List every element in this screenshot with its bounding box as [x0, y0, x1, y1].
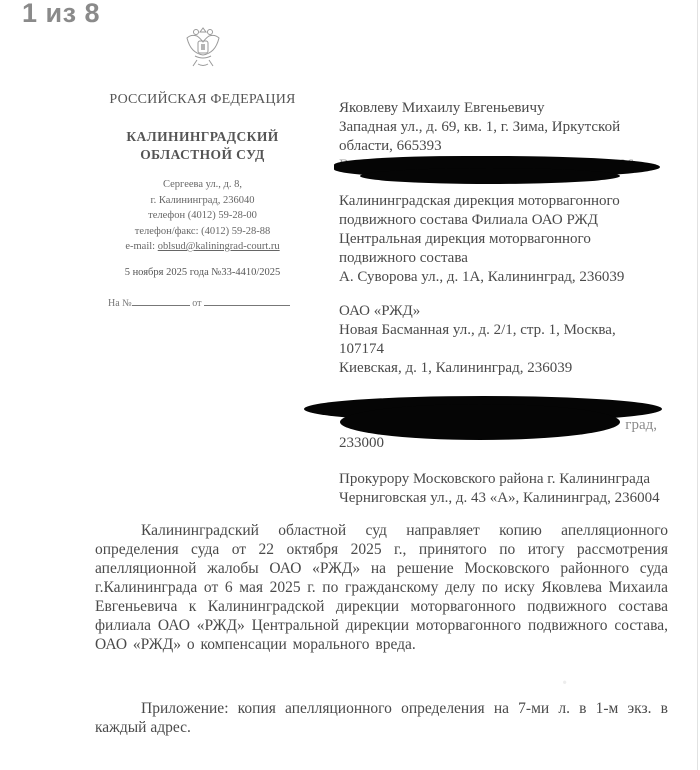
reference-line: На № от	[108, 296, 290, 309]
page-edge-divider	[697, 0, 698, 770]
recipient-4: 233000	[339, 434, 679, 453]
attachment-text: Приложение: копия апелляционного определ…	[95, 700, 668, 736]
recipient-1-line: Яковлеву Михаилу Евгеньевичу	[339, 99, 679, 118]
recipient-2-line: А. Суворова ул., д. 1А, Калининград, 236…	[339, 268, 679, 287]
court-phone: телефон (4012) 59-28-00	[100, 208, 305, 224]
page-counter: 1 из 8	[22, 0, 100, 29]
ref-number-blank	[132, 296, 190, 306]
recipient-5: Прокурору Московского района г. Калининг…	[339, 470, 679, 508]
recipient-3-line: Киевская, д. 1, Калининград, 236039	[339, 359, 679, 378]
recipient-3-line: ОАО «РЖД»	[339, 302, 679, 321]
body-paragraph-main-text: Калининградский областной суд направляет…	[95, 522, 668, 653]
recipient-2: Калининградская дирекция моторвагонного …	[339, 192, 679, 287]
recipient-1-line: Западная ул., д. 69, кв. 1, г. Зима, Ирк…	[339, 118, 679, 137]
recipient-5-line: Черниговская ул., д. 43 «А», Калининград…	[339, 489, 679, 508]
recipient-5-line: Прокурору Московского района г. Калининг…	[339, 470, 679, 489]
court-contacts: Сергеева ул., д. 8, г. Калининград, 2360…	[100, 177, 305, 255]
recipient-4-line: 233000	[339, 434, 679, 453]
russian-coat-of-arms-icon	[181, 24, 225, 72]
court-email-link[interactable]: oblsud@kaliningrad-court.ru	[158, 241, 280, 252]
letter-date-number: 5 ноября 2025 года №33-4410/2025	[100, 267, 305, 278]
ref-date-blank	[204, 296, 290, 306]
court-name-line2: ОБЛАСТНОЙ СУД	[100, 146, 305, 164]
country-heading: РОССИЙСКАЯ ФЕДЕРАЦИЯ	[100, 92, 305, 108]
body-paragraph-attachment: Приложение: копия апелляционного определ…	[95, 699, 668, 737]
court-address-line2: г. Калининград, 236040	[100, 193, 305, 209]
recipient-1-line: области, 665393	[339, 137, 679, 156]
ref-prefix: На №	[108, 298, 132, 309]
recipient-2-line: Калининградская дирекция моторвагонного	[339, 192, 679, 211]
ref-from: от	[192, 298, 201, 309]
court-phone-fax: телефон/факс: (4012) 59-28-88	[100, 224, 305, 240]
recipient-2-line: подвижного состава	[339, 249, 679, 268]
body-paragraph-main: Калининградский областной суд направляет…	[95, 521, 668, 654]
recipient-2-line: подвижного состава Филиала ОАО РЖД	[339, 211, 679, 230]
recipient-3-line: Новая Басманная ул., д. 2/1, стр. 1, Мос…	[339, 321, 679, 340]
recipient-3-line: 107174	[339, 340, 679, 359]
court-email-row: e-mail: oblsud@kaliningrad-court.ru	[100, 239, 305, 255]
court-address-line1: Сергеева ул., д. 8,	[100, 177, 305, 193]
court-name: КАЛИНИНГРАДСКИЙ ОБЛАСТНОЙ СУД	[100, 128, 305, 164]
email-label: e-mail:	[125, 241, 157, 252]
redaction-mark-1b	[360, 168, 620, 184]
recipient-2-line: Центральная дирекция моторвагонного	[339, 230, 679, 249]
court-name-line1: КАЛИНИНГРАДСКИЙ	[100, 128, 305, 146]
faint-stamp-mark: ·	[560, 668, 569, 700]
recipient-3: ОАО «РЖД» Новая Басманная ул., д. 2/1, с…	[339, 302, 679, 378]
